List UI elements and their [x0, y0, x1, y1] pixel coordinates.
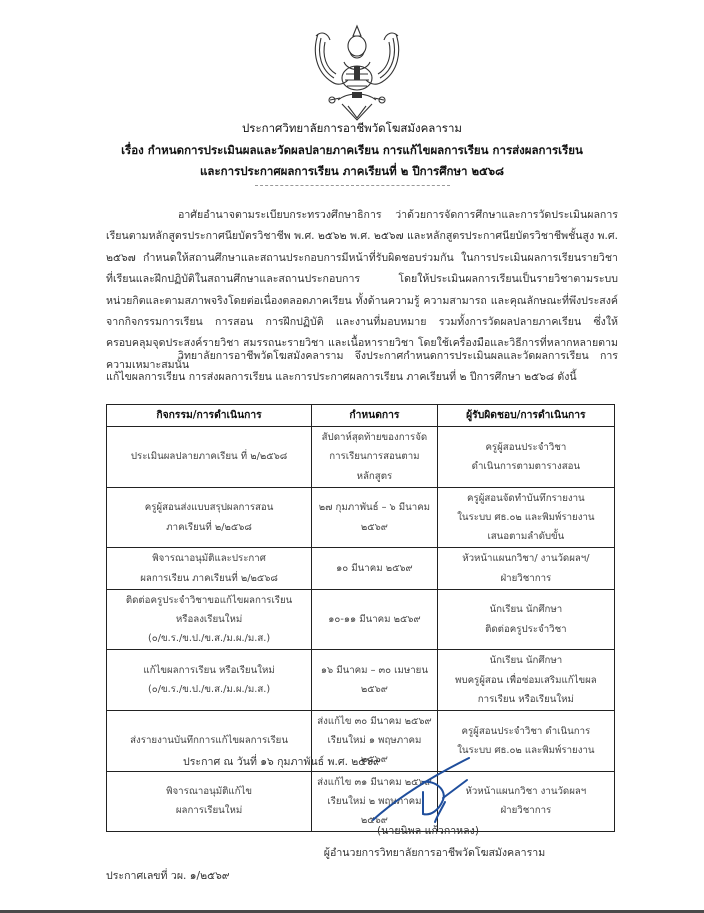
title-separator: [255, 185, 450, 186]
announcement-number: ประกาศเลขที่ วผ. ๑/๒๕๖๙: [106, 867, 230, 884]
table-row: แก้ไขผลการเรียน หรือเรียนใหม่ (๐/ข.ร./ข.…: [107, 650, 615, 711]
activity-cell: พิจารณาอนุมัติและประกาศ ผลการเรียน ภาคเร…: [107, 548, 312, 589]
schedule-cell: ๑๐-๑๑ มีนาคม ๒๕๖๙: [312, 589, 438, 650]
declaration-paragraph: วิทยาลัยการอาชีพวัดโฆสมังคลาราม จึงประกา…: [106, 346, 618, 389]
activity-cell: แก้ไขผลการเรียน หรือเรียนใหม่ (๐/ข.ร./ข.…: [107, 650, 312, 711]
responsible-cell: นักเรียน นักศึกษา พบครูผู้สอน เพื่อซ่อมเ…: [437, 650, 614, 711]
announcement-subject-line-1: เรื่อง กำหนดการประเมินผลและวัดผลปลายภาคเ…: [0, 141, 704, 159]
responsible-cell: นักเรียน นักศึกษา ติดต่อครูประจำวิชา: [437, 589, 614, 650]
schedule-header-row: กิจกรรม/การดำเนินการ กำหนดการ ผู้รับผิดช…: [107, 405, 615, 427]
announcement-subject-line-2: และการประกาศผลการเรียน ภาคเรียนที่ ๒ ปีก…: [0, 162, 704, 180]
garuda-emblem-icon: [308, 22, 406, 122]
schedule-cell: ๒๗ กุมภาพันธ์ – ๖ มีนาคม ๒๕๖๙: [312, 487, 438, 548]
responsible-cell: ครูผู้สอนจัดทำบันทึกรายงาน ในระบบ ศธ.๐๒ …: [437, 487, 614, 548]
signer-title: ผู้อำนวยการวิทยาลัยการอาชีพวัดโฆสมังคลาร…: [0, 844, 704, 861]
signature-icon: [365, 756, 475, 824]
schedule-cell: ๑๐ มีนาคม ๒๕๖๙: [312, 548, 438, 589]
table-row: พิจารณาอนุมัติและประกาศ ผลการเรียน ภาคเร…: [107, 548, 615, 589]
header-schedule: กำหนดการ: [312, 405, 438, 427]
header-responsible: ผู้รับผิดชอบ/การดำเนินการ: [437, 405, 614, 427]
schedule-cell: สัปดาห์สุดท้ายของการจัด การเรียนการสอนตา…: [312, 427, 438, 488]
table-row: ครูผู้สอนส่งแบบสรุปผลการสอน ภาคเรียนที่ …: [107, 487, 615, 548]
announcement-date: ประกาศ ณ วันที่ ๑๖ กุมภาพันธ์ พ.ศ. ๒๕๖๙: [183, 753, 381, 770]
table-row: ประเมินผลปลายภาคเรียน ที่ ๒/๒๕๖๘ สัปดาห์…: [107, 427, 615, 488]
table-row: ติดต่อครูประจำวิชาขอแก้ไขผลการเรียน หรือ…: [107, 589, 615, 650]
announcement-page: ประกาศวิทยาลัยการอาชีพวัดโฆสมังคลาราม เร…: [0, 0, 704, 913]
responsible-cell: หัวหน้าแผนกวิชา/ งานวัดผลฯ/ ฝ่ายวิชาการ: [437, 548, 614, 589]
activity-cell: ครูผู้สอนส่งแบบสรุปผลการสอน ภาคเรียนที่ …: [107, 487, 312, 548]
responsible-cell: ครูผู้สอนประจำวิชา ดำเนินการตามตารางสอน: [437, 427, 614, 488]
declaration-text: วิทยาลัยการอาชีพวัดโฆสมังคลาราม จึงประกา…: [106, 350, 618, 383]
schedule-cell: ๑๖ มีนาคม – ๓๐ เมษายน ๒๕๖๙: [312, 650, 438, 711]
announcement-title: ประกาศวิทยาลัยการอาชีพวัดโฆสมังคลาราม: [0, 119, 704, 137]
activity-cell: ติดต่อครูประจำวิชาขอแก้ไขผลการเรียน หรือ…: [107, 589, 312, 650]
activity-cell: ประเมินผลปลายภาคเรียน ที่ ๒/๒๕๖๘: [107, 427, 312, 488]
signer-name: (นายนิพล แก้วกาหลง): [0, 822, 704, 839]
header-activity: กิจกรรม/การดำเนินการ: [107, 405, 312, 427]
